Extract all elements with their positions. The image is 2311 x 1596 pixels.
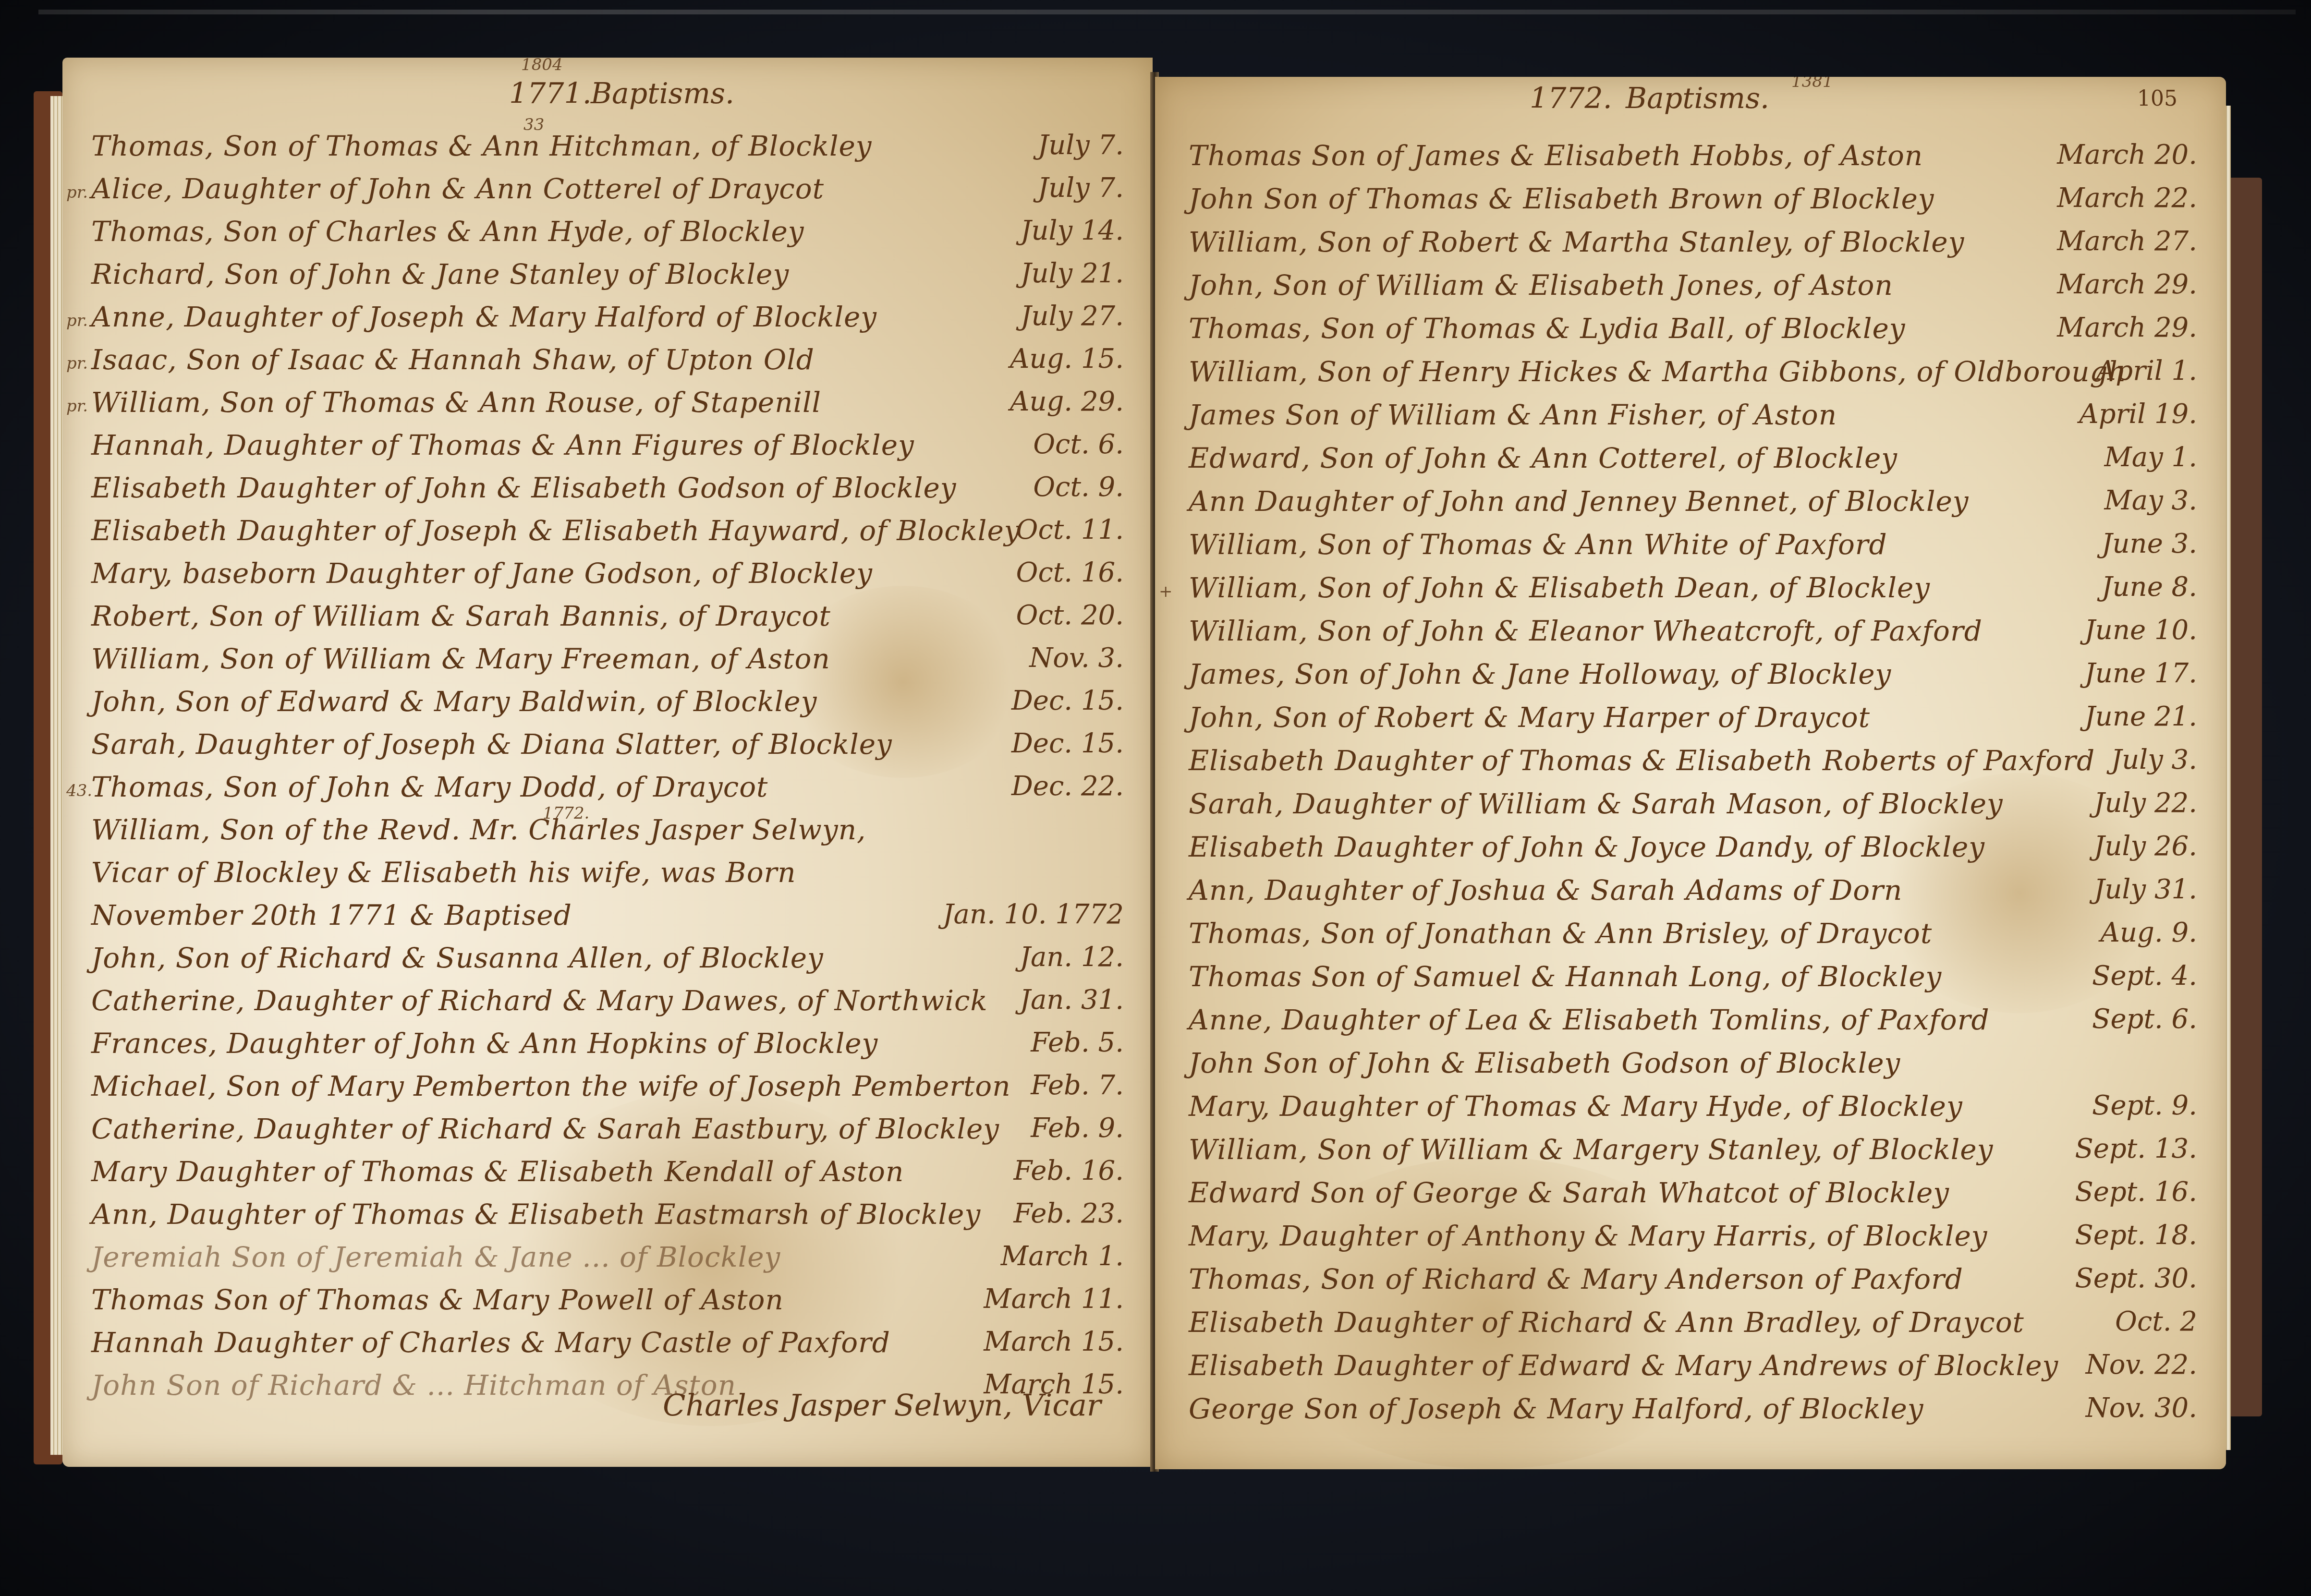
- margin-mark: 43.: [66, 781, 92, 800]
- page-number: 105: [2137, 86, 2177, 111]
- entry-date: Sept. 9.: [2092, 1090, 2197, 1121]
- entry-date: Sept. 4.: [2092, 960, 2197, 991]
- entry-text: Mary, Daughter of Anthony & Mary Harris,…: [1189, 1220, 1987, 1252]
- entry-date: Oct. 2: [2115, 1306, 2197, 1337]
- register-entry: Robert, Son of William & Sarah Bannis, o…: [62, 600, 1153, 642]
- entry-text: Ann, Daughter of Joshua & Sarah Adams of…: [1189, 874, 1902, 907]
- right-page: 1381 1772. Baptisms. 105 Thomas Son of J…: [1155, 77, 2226, 1469]
- entry-date: May 3.: [2104, 485, 2197, 516]
- entry-text: William, Son of Thomas & Ann Rouse, of S…: [91, 386, 821, 419]
- entry-date: Sept. 16.: [2075, 1176, 2197, 1208]
- register-entry: Catherine, Daughter of Richard & Mary Da…: [62, 984, 1153, 1027]
- entry-date: Dec. 22.: [1011, 771, 1124, 802]
- entry-text: Edward Son of George & Sarah Whatcot of …: [1189, 1176, 1949, 1209]
- entry-text: John, Son of Edward & Mary Baldwin, of B…: [91, 685, 817, 718]
- entry-text: Sarah, Daughter of William & Sarah Mason…: [1189, 787, 2003, 820]
- register-entry: Mary, Daughter of Thomas & Mary Hyde, of…: [1155, 1090, 2226, 1133]
- register-entry: John, Son of William & Elisabeth Jones, …: [1155, 269, 2226, 312]
- register-entry: +William, Son of John & Elisabeth Dean, …: [1155, 571, 2226, 615]
- entry-date: July 14.: [1021, 215, 1124, 246]
- entry-text: Thomas, Son of Jonathan & Ann Brisley, o…: [1189, 917, 1932, 950]
- register-entry: Edward, Son of John & Ann Cotterel, of B…: [1155, 442, 2226, 485]
- entry-date: July 21.: [1021, 258, 1124, 289]
- register-entry: pr.William, Son of Thomas & Ann Rouse, o…: [62, 386, 1153, 429]
- entry-date: July 31.: [2094, 874, 2197, 905]
- entry-date: Aug. 15.: [1010, 343, 1124, 375]
- entry-date: Sept. 13.: [2075, 1133, 2197, 1164]
- entry-text: Anne, Daughter of Joseph & Mary Halford …: [91, 301, 877, 333]
- glass-case-edge: [38, 10, 2296, 14]
- entry-text: Richard, Son of John & Jane Stanley of B…: [91, 258, 789, 290]
- entry-text: Elisabeth Daughter of John & Joyce Dandy…: [1189, 831, 1985, 863]
- entry-date: Feb. 23.: [1014, 1198, 1124, 1229]
- vicar-signature: Charles Jasper Selwyn, Vicar: [663, 1388, 1101, 1423]
- margin-mark: +: [1159, 582, 1173, 601]
- entry-text: Anne, Daughter of Lea & Elisabeth Tomlin…: [1189, 1004, 1990, 1036]
- entry-text: Robert, Son of William & Sarah Bannis, o…: [91, 600, 831, 632]
- entry-date: March 27.: [2057, 226, 2197, 257]
- register-entry: Mary Daughter of Thomas & Elisabeth Kend…: [62, 1155, 1153, 1198]
- entry-text: Catherine, Daughter of Richard & Mary Da…: [91, 984, 988, 1017]
- pencil-note: 1804: [521, 58, 563, 74]
- entry-text: Hannah, Daughter of Thomas & Ann Figures…: [91, 429, 914, 461]
- entry-text: Thomas, Son of Richard & Mary Anderson o…: [1189, 1263, 1963, 1295]
- entry-text: Thomas, Son of John & Mary Dodd, of Dray…: [91, 771, 768, 803]
- register-entry: Elisabeth Daughter of John & Elisabeth G…: [62, 472, 1153, 514]
- register-entry: Elisabeth Daughter of John & Joyce Dandy…: [1155, 831, 2226, 874]
- entry-date: Oct. 9.: [1033, 472, 1124, 503]
- entry-date: Nov. 30.: [2086, 1392, 2197, 1424]
- entry-text: Isaac, Son of Isaac & Hannah Shaw, of Up…: [91, 343, 815, 376]
- entry-text: William, Son of Robert & Martha Stanley,…: [1189, 226, 1964, 258]
- entry-date: June 8.: [2102, 571, 2197, 603]
- entry-text: Thomas Son of James & Elisabeth Hobbs, o…: [1189, 139, 1923, 172]
- entry-text: James, Son of John & Jane Holloway, of B…: [1189, 658, 1891, 690]
- entry-date: March 15.: [984, 1326, 1124, 1357]
- register-entry: pr.Anne, Daughter of Joseph & Mary Halfo…: [62, 301, 1153, 343]
- entry-text: Thomas Son of Samuel & Hannah Long, of B…: [1189, 960, 1942, 993]
- entry-date: July 7.: [1038, 130, 1124, 161]
- register-entry: Sarah, Daughter of Joseph & Diana Slatte…: [62, 728, 1153, 771]
- entry-date: Oct. 20.: [1016, 600, 1124, 631]
- register-entry: Thomas, Son of Charles & Ann Hyde, of Bl…: [62, 215, 1153, 258]
- margin-mark: pr.: [66, 397, 88, 416]
- entry-text: John, Son of William & Elisabeth Jones, …: [1189, 269, 1893, 302]
- entry-text: Elisabeth Daughter of Thomas & Elisabeth…: [1189, 744, 2095, 777]
- entry-date: Feb. 5.: [1031, 1027, 1124, 1058]
- entry-text: William, Son of William & Margery Stanle…: [1189, 1133, 1993, 1166]
- register-entry: William, Son of Thomas & Ann White of Pa…: [1155, 528, 2226, 571]
- entry-date: Nov. 3.: [1029, 642, 1124, 674]
- register-entry: Edward Son of George & Sarah Whatcot of …: [1155, 1176, 2226, 1220]
- register-entry: Ann Daughter of John and Jenney Bennet, …: [1155, 485, 2226, 528]
- entry-date: July 27.: [1021, 301, 1124, 332]
- entry-date: April 1.: [2096, 355, 2197, 387]
- register-entry: pr.Alice, Daughter of John & Ann Cottere…: [62, 172, 1153, 215]
- register-entry: Jeremiah Son of Jeremiah & Jane ... of B…: [62, 1241, 1153, 1283]
- entry-date: March 29.: [2057, 312, 2197, 343]
- register-entry: Elisabeth Daughter of Edward & Mary Andr…: [1155, 1349, 2226, 1392]
- register-entry: Richard, Son of John & Jane Stanley of B…: [62, 258, 1153, 301]
- page-heading-year: 1772.: [1530, 82, 1612, 115]
- register-entry: Mary, baseborn Daughter of Jane Godson, …: [62, 557, 1153, 600]
- entry-date: June 3.: [2102, 528, 2197, 559]
- entry-date: April 19.: [2079, 399, 2197, 430]
- register-entry: William, Son of William & Margery Stanle…: [1155, 1133, 2226, 1176]
- entry-date: Nov. 22.: [2086, 1349, 2197, 1380]
- register-entry: John, Son of Richard & Susanna Allen, of…: [62, 942, 1153, 984]
- register-entry: Thomas, Son of Thomas & Ann Hitchman, of…: [62, 130, 1153, 172]
- entry-text: Alice, Daughter of John & Ann Cotterel o…: [91, 172, 824, 205]
- entry-text: Mary Daughter of Thomas & Elisabeth Kend…: [91, 1155, 904, 1188]
- entry-text: Elisabeth Daughter of Joseph & Elisabeth…: [91, 514, 1021, 547]
- page-heading-year: 1771.: [509, 77, 592, 110]
- register-entry: Ann, Daughter of Thomas & Elisabeth East…: [62, 1198, 1153, 1241]
- entry-text: John, Son of Robert & Mary Harper of Dra…: [1189, 701, 1870, 734]
- entry-date: Dec. 15.: [1011, 728, 1124, 759]
- register-entry: James, Son of John & Jane Holloway, of B…: [1155, 658, 2226, 701]
- entry-date: March 22.: [2057, 182, 2197, 214]
- entry-date: Jan. 12.: [1020, 942, 1124, 973]
- entry-text: William, Son of John & Elisabeth Dean, o…: [1189, 571, 1930, 604]
- register-entry: Thomas, Son of Richard & Mary Anderson o…: [1155, 1263, 2226, 1306]
- entry-date: July 26.: [2094, 831, 2197, 862]
- entry-date: Feb. 16.: [1014, 1155, 1124, 1186]
- register-entry: Elisabeth Daughter of Richard & Ann Brad…: [1155, 1306, 2226, 1349]
- entry-text: John Son of Richard & ... Hitchman of As…: [91, 1369, 736, 1402]
- register-entry: 43.Thomas, Son of John & Mary Dodd, of D…: [62, 771, 1153, 813]
- entry-text: Mary, Daughter of Thomas & Mary Hyde, of…: [1189, 1090, 1963, 1123]
- register-entry: Thomas Son of James & Elisabeth Hobbs, o…: [1155, 139, 2226, 182]
- entry-date: Jan. 31.: [1020, 984, 1124, 1016]
- register-entry: Catherine, Daughter of Richard & Sarah E…: [62, 1112, 1153, 1155]
- entry-text: Jeremiah Son of Jeremiah & Jane ... of B…: [91, 1241, 780, 1273]
- entry-text: William, Son of Henry Hickes & Martha Gi…: [1189, 355, 2127, 388]
- register-entry: Elisabeth Daughter of Thomas & Elisabeth…: [1155, 744, 2226, 787]
- register-entry: Thomas Son of Thomas & Mary Powell of As…: [62, 1283, 1153, 1326]
- entry-text: George Son of Joseph & Mary Halford, of …: [1189, 1392, 1924, 1425]
- entry-date: July 3.: [2111, 744, 2197, 775]
- entry-date: June 21.: [2084, 701, 2197, 732]
- entry-date: March 29.: [2057, 269, 2197, 300]
- register-entry: Mary, Daughter of Anthony & Mary Harris,…: [1155, 1220, 2226, 1263]
- register-entry: Thomas, Son of Thomas & Lydia Ball, of B…: [1155, 312, 2226, 355]
- register-entry: William, Son of William & Mary Freeman, …: [62, 642, 1153, 685]
- margin-mark: pr.: [66, 311, 88, 330]
- entry-text: Elisabeth Daughter of Richard & Ann Brad…: [1189, 1306, 2024, 1339]
- register-entry: Michael, Son of Mary Pemberton the wife …: [62, 1070, 1153, 1112]
- page-heading-title: Baptisms.: [1626, 82, 1769, 115]
- register-entry: Frances, Daughter of John & Ann Hopkins …: [62, 1027, 1153, 1070]
- register-entry: November 20th 1771 & BaptisedJan. 10. 17…: [62, 899, 1153, 942]
- entry-date: Oct. 16.: [1016, 557, 1124, 588]
- entry-text: William, Son of John & Eleanor Wheatcrof…: [1189, 615, 1983, 647]
- entry-text: John Son of Thomas & Elisabeth Brown of …: [1189, 182, 1934, 215]
- entry-text: Thomas, Son of Charles & Ann Hyde, of Bl…: [91, 215, 804, 248]
- entry-text: William, Son of the Revd. Mr. Charles Ja…: [91, 813, 866, 846]
- entry-text: Edward, Son of John & Ann Cotterel, of B…: [1189, 442, 1897, 474]
- entry-date: Feb. 9.: [1031, 1112, 1124, 1144]
- entry-date: June 10.: [2084, 615, 2197, 646]
- register-entry: Sarah, Daughter of William & Sarah Mason…: [1155, 787, 2226, 831]
- entry-text: John, Son of Richard & Susanna Allen, of…: [91, 942, 824, 974]
- entry-date: Oct. 11.: [1016, 514, 1124, 545]
- book-cover-right: [2228, 178, 2262, 1416]
- entry-text: November 20th 1771 & Baptised: [91, 899, 572, 931]
- register-entry: Hannah, Daughter of Thomas & Ann Figures…: [62, 429, 1153, 472]
- entry-text: Mary, baseborn Daughter of Jane Godson, …: [91, 557, 873, 590]
- register-entry: William, Son of John & Eleanor Wheatcrof…: [1155, 615, 2226, 658]
- register-entry: John Son of John & Elisabeth Godson of B…: [1155, 1047, 2226, 1090]
- register-entry: Hannah Daughter of Charles & Mary Castle…: [62, 1326, 1153, 1369]
- entry-text: Vicar of Blockley & Elisabeth his wife, …: [91, 856, 796, 889]
- register-entry: John, Son of Robert & Mary Harper of Dra…: [1155, 701, 2226, 744]
- entry-date: Sept. 6.: [2092, 1004, 2197, 1035]
- entry-text: John Son of John & Elisabeth Godson of B…: [1189, 1047, 1900, 1079]
- entry-text: Hannah Daughter of Charles & Mary Castle…: [91, 1326, 890, 1359]
- entry-text: Catherine, Daughter of Richard & Sarah E…: [91, 1112, 999, 1145]
- year-note: 1772.: [543, 804, 589, 823]
- entry-date: March 11.: [984, 1283, 1124, 1315]
- entry-text: Elisabeth Daughter of Edward & Mary Andr…: [1189, 1349, 2058, 1382]
- entry-date: Aug. 9.: [2101, 917, 2197, 948]
- register-entry: William, Son of the Revd. Mr. Charles Ja…: [62, 813, 1153, 856]
- pencil-note: 1381: [1791, 77, 1833, 91]
- entry-date: May 1.: [2104, 442, 2197, 473]
- entry-date: Feb. 7.: [1031, 1070, 1124, 1101]
- entry-text: William, Son of William & Mary Freeman, …: [91, 642, 830, 675]
- left-page: 1804 1771. Baptisms. 33 Thomas, Son of T…: [62, 58, 1153, 1467]
- register-entry: pr.Isaac, Son of Isaac & Hannah Shaw, of…: [62, 343, 1153, 386]
- entry-date: March 1.: [1001, 1241, 1124, 1272]
- register-entry: William, Son of Henry Hickes & Martha Gi…: [1155, 355, 2226, 399]
- entry-date: March 20.: [2057, 139, 2197, 170]
- register-entry: Thomas Son of Samuel & Hannah Long, of B…: [1155, 960, 2226, 1004]
- register-entry: Thomas, Son of Jonathan & Ann Brisley, o…: [1155, 917, 2226, 960]
- entry-date: Jan. 10. 1772: [943, 899, 1124, 930]
- register-entry: George Son of Joseph & Mary Halford, of …: [1155, 1392, 2226, 1436]
- entry-text: Thomas Son of Thomas & Mary Powell of As…: [91, 1283, 784, 1316]
- entry-date: Sept. 18.: [2075, 1220, 2197, 1251]
- entry-text: Michael, Son of Mary Pemberton the wife …: [91, 1070, 1011, 1102]
- entry-text: Elisabeth Daughter of John & Elisabeth G…: [91, 472, 957, 504]
- margin-mark: pr.: [66, 183, 88, 202]
- entry-date: Dec. 15.: [1011, 685, 1124, 716]
- register-entry: John Son of Thomas & Elisabeth Brown of …: [1155, 182, 2226, 226]
- register-entry: James Son of William & Ann Fisher, of As…: [1155, 399, 2226, 442]
- register-entry: Vicar of Blockley & Elisabeth his wife, …: [62, 856, 1153, 899]
- entry-date: Sept. 30.: [2075, 1263, 2197, 1294]
- entry-date: Aug. 29.: [1010, 386, 1124, 417]
- entry-text: William, Son of Thomas & Ann White of Pa…: [1189, 528, 1887, 561]
- entry-text: Thomas, Son of Thomas & Lydia Ball, of B…: [1189, 312, 1906, 345]
- entry-text: Ann, Daughter of Thomas & Elisabeth East…: [91, 1198, 981, 1231]
- entry-text: Ann Daughter of John and Jenney Bennet, …: [1189, 485, 1969, 518]
- register-entry: William, Son of Robert & Martha Stanley,…: [1155, 226, 2226, 269]
- register-entry: Ann, Daughter of Joshua & Sarah Adams of…: [1155, 874, 2226, 917]
- register-entry: Anne, Daughter of Lea & Elisabeth Tomlin…: [1155, 1004, 2226, 1047]
- entry-date: July 7.: [1038, 172, 1124, 204]
- entry-date: June 17.: [2084, 658, 2197, 689]
- register-entry: Elisabeth Daughter of Joseph & Elisabeth…: [62, 514, 1153, 557]
- register-entry: John, Son of Edward & Mary Baldwin, of B…: [62, 685, 1153, 728]
- entry-date: July 22.: [2094, 787, 2197, 819]
- entry-text: Sarah, Daughter of Joseph & Diana Slatte…: [91, 728, 892, 761]
- entry-text: Thomas, Son of Thomas & Ann Hitchman, of…: [91, 130, 872, 162]
- entry-text: Frances, Daughter of John & Ann Hopkins …: [91, 1027, 878, 1060]
- entry-date: Oct. 6.: [1033, 429, 1124, 460]
- margin-mark: pr.: [66, 354, 88, 373]
- page-heading-title: Baptisms.: [591, 77, 734, 110]
- entry-text: James Son of William & Ann Fisher, of As…: [1189, 399, 1837, 431]
